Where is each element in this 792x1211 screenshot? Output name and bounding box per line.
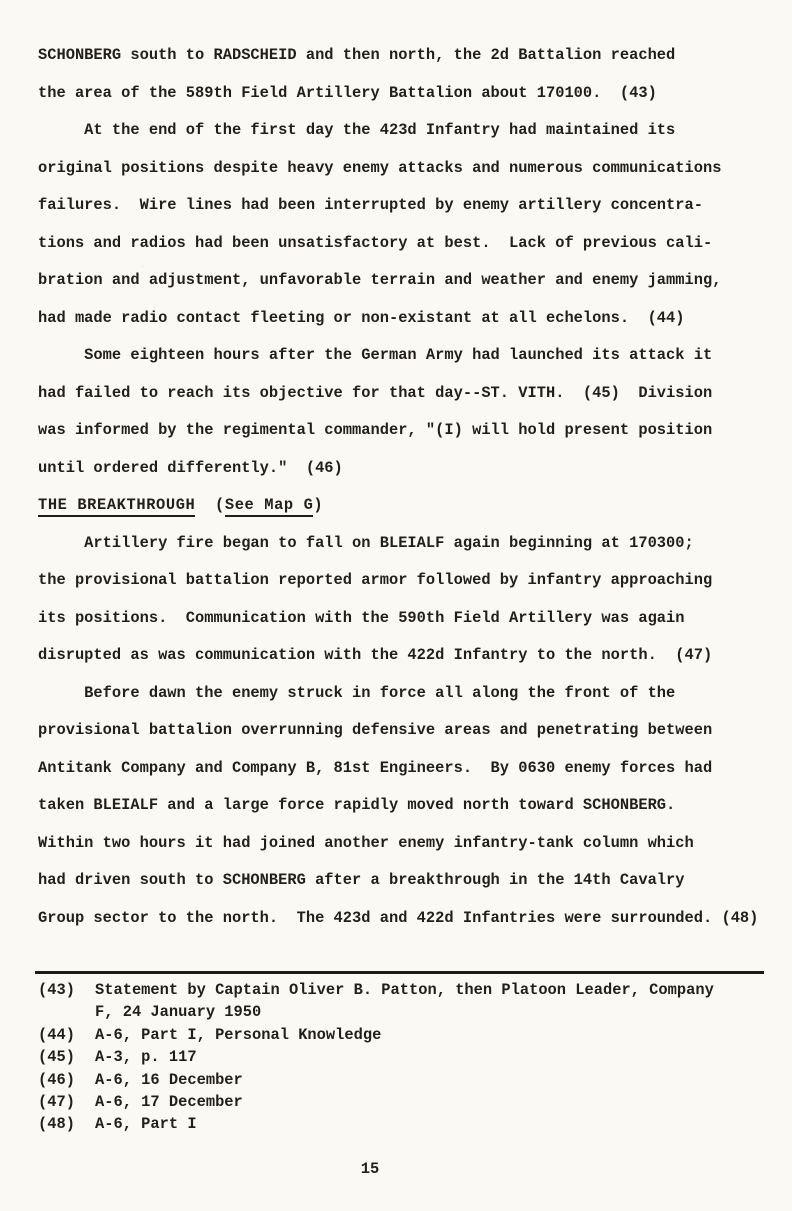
footnote-number: (45) [38,1046,95,1068]
text-line: Artillery fire began to fall on BLEIALF … [38,525,786,563]
text-line: bration and adjustment, unfavorable terr… [38,262,786,300]
footnote-text: A-6, Part I [95,1113,197,1135]
heading-close-paren: ) [313,496,323,514]
text-line: disrupted as was communication with the … [38,637,786,675]
footnote-line: (45)A-3, p. 117 [38,1046,778,1068]
heading-separator-text: ( [195,496,225,514]
footnote-text: Statement by Captain Oliver B. Patton, t… [95,979,714,1001]
text-line: SCHONBERG south to RADSCHEID and then no… [38,37,786,75]
section-heading: THE BREAKTHROUGH (See Map G) [38,487,786,525]
text-line: its positions. Communication with the 59… [38,600,786,638]
footnote-number [38,1001,95,1023]
text-line: until ordered differently." (46) [38,450,786,488]
footnote-number: (46) [38,1069,95,1091]
footnote-number: (44) [38,1024,95,1046]
map-reference: See Map G [225,496,314,517]
text-line: was informed by the regimental commander… [38,412,786,450]
footnote-line: (47)A-6, 17 December [38,1091,778,1113]
footnote-line: F, 24 January 1950 [38,1001,778,1023]
text-line: had made radio contact fleeting or non-e… [38,300,786,338]
text-line: Some eighteen hours after the German Arm… [38,337,786,375]
footnote-text: A-6, Part I, Personal Knowledge [95,1024,381,1046]
text-line: had failed to reach its objective for th… [38,375,786,413]
footnote-number: (48) [38,1113,95,1135]
footnotes-section: (43)Statement by Captain Oliver B. Patto… [38,979,778,1136]
text-line: the area of the 589th Field Artillery Ba… [38,75,786,113]
footnote-text: A-6, 16 December [95,1069,243,1091]
document-page: SCHONBERG south to RADSCHEID and then no… [0,0,792,1211]
text-line: Before dawn the enemy struck in force al… [38,675,786,713]
footnote-text: F, 24 January 1950 [95,1001,261,1023]
footnote-text: A-6, 17 December [95,1091,243,1113]
text-line: Within two hours it had joined another e… [38,825,786,863]
body-text: SCHONBERG south to RADSCHEID and then no… [38,37,786,937]
text-line: taken BLEIALF and a large force rapidly … [38,787,786,825]
text-line: had driven south to SCHONBERG after a br… [38,862,786,900]
text-line: Group sector to the north. The 423d and … [38,900,786,938]
section-heading-title: THE BREAKTHROUGH [38,496,195,517]
text-line: failures. Wire lines had been interrupte… [38,187,786,225]
text-line: original positions despite heavy enemy a… [38,150,786,188]
text-line: provisional battalion overrunning defens… [38,712,786,750]
footnote-text: A-3, p. 117 [95,1046,197,1068]
footnote-line: (48)A-6, Part I [38,1113,778,1135]
text-line: Antitank Company and Company B, 81st Eng… [38,750,786,788]
footnote-separator [35,971,764,974]
page-number: 15 [0,1160,740,1178]
footnote-line: (43)Statement by Captain Oliver B. Patto… [38,979,778,1001]
text-line: the provisional battalion reported armor… [38,562,786,600]
footnote-number: (47) [38,1091,95,1113]
footnote-number: (43) [38,979,95,1001]
footnote-line: (46)A-6, 16 December [38,1069,778,1091]
text-line: At the end of the first day the 423d Inf… [38,112,786,150]
text-line: tions and radios had been unsatisfactory… [38,225,786,263]
footnote-line: (44)A-6, Part I, Personal Knowledge [38,1024,778,1046]
